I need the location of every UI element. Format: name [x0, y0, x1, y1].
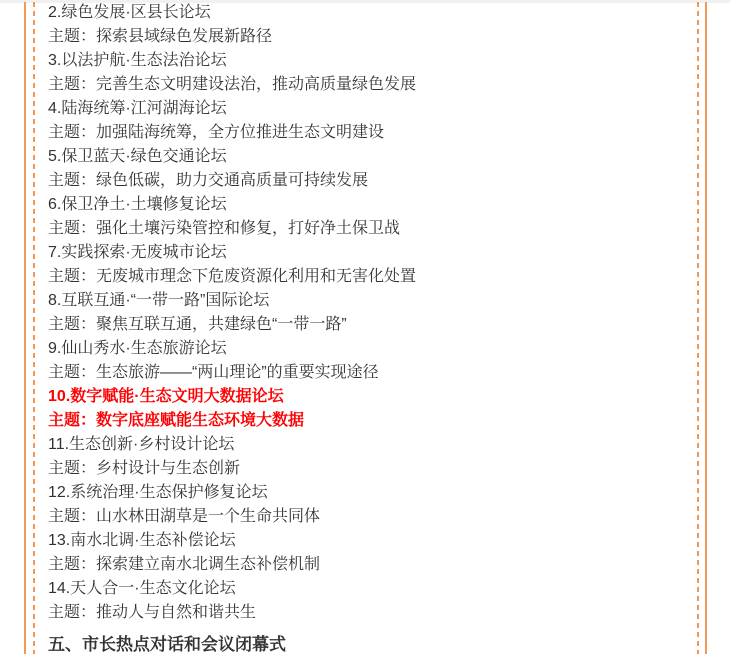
- forum-title: 10.数字赋能·生态文明大数据论坛: [48, 385, 690, 409]
- forum-theme: 主题：强化土壤污染管控和修复，打好净土保卫战: [48, 217, 690, 241]
- forum-theme: 主题：山水林田湖草是一个生命共同体: [48, 505, 690, 529]
- article-page: 2.绿色发展·区县长论坛 主题：探索县域绿色发展新路径 3.以法护航·生态法治论…: [0, 0, 730, 654]
- forum-theme: 主题：探索县域绿色发展新路径: [48, 25, 690, 49]
- forum-title: 12.系统治理·生态保护修复论坛: [48, 481, 690, 505]
- forum-title: 4.陆海统筹·江河湖海论坛: [48, 97, 690, 121]
- forum-title: 6.保卫净土·土壤修复论坛: [48, 193, 690, 217]
- forum-theme: 主题：聚焦互联互通，共建绿色“一带一路”: [48, 313, 690, 337]
- forum-theme: 主题：探索建立南水北调生态补偿机制: [48, 553, 690, 577]
- forum-theme: 主题：数字底座赋能生态环境大数据: [48, 409, 690, 433]
- section-heading: 五、市长热点对话和会议闭幕式: [48, 633, 690, 654]
- left-border-line: [24, 2, 26, 654]
- forum-title: 8.互联互通·“一带一路”国际论坛: [48, 289, 690, 313]
- forum-title: 7.实践探索·无废城市论坛: [48, 241, 690, 265]
- forum-title: 11.生态创新·乡村设计论坛: [48, 433, 690, 457]
- forum-theme: 主题：无废城市理念下危废资源化利用和无害化处置: [48, 265, 690, 289]
- right-border-line: [705, 2, 707, 654]
- agenda-list: 2.绿色发展·区县长论坛 主题：探索县域绿色发展新路径 3.以法护航·生态法治论…: [48, 1, 690, 654]
- forum-theme: 主题：乡村设计与生态创新: [48, 457, 690, 481]
- left-dashed-line: [33, 2, 35, 654]
- forum-title: 2.绿色发展·区县长论坛: [48, 1, 690, 25]
- forum-theme: 主题：生态旅游——“两山理论”的重要实现途径: [48, 361, 690, 385]
- forum-theme: 主题：绿色低碳，助力交通高质量可持续发展: [48, 169, 690, 193]
- forum-title: 9.仙山秀水·生态旅游论坛: [48, 337, 690, 361]
- forum-title: 3.以法护航·生态法治论坛: [48, 49, 690, 73]
- forum-title: 14.天人合一·生态文化论坛: [48, 577, 690, 601]
- forum-theme: 主题：推动人与自然和谐共生: [48, 601, 690, 625]
- right-dashed-line: [697, 2, 699, 654]
- forum-theme: 主题：完善生态文明建设法治，推动高质量绿色发展: [48, 73, 690, 97]
- forum-title: 13.南水北调·生态补偿论坛: [48, 529, 690, 553]
- forum-theme: 主题：加强陆海统筹，全方位推进生态文明建设: [48, 121, 690, 145]
- forum-title: 5.保卫蓝天·绿色交通论坛: [48, 145, 690, 169]
